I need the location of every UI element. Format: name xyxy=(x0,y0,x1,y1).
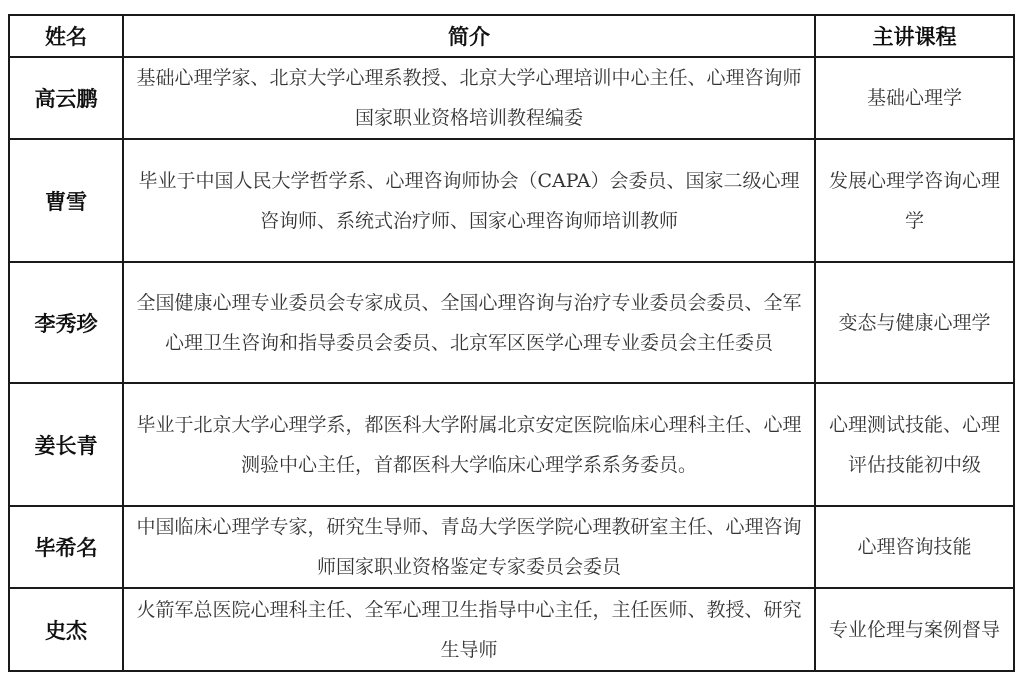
instructor-course: 变态与健康心理学 xyxy=(815,262,1014,383)
header-row: 姓名 简介 主讲课程 xyxy=(9,15,1014,57)
table-row: 史杰 火箭军总医院心理科主任、全军心理卫生指导中心主任，主任医师、教授、研究生导… xyxy=(9,588,1014,671)
table-row: 李秀珍 全国健康心理专业委员会专家成员、全国心理咨询与治疗专业委员会委员、全军心… xyxy=(9,262,1014,383)
instructor-bio: 毕业于北京大学心理学系，都医科大学附属北京安定医院临床心理科主任、心理测验中心主… xyxy=(123,383,815,506)
instructor-name: 李秀珍 xyxy=(9,262,123,383)
instructor-name: 姜长青 xyxy=(9,383,123,506)
instructor-course: 专业伦理与案例督导 xyxy=(815,588,1014,671)
instructor-course: 心理咨询技能 xyxy=(815,506,1014,588)
table-row: 高云鹏 基础心理学家、北京大学心理系教授、北京大学心理培训中心主任、心理咨询师国… xyxy=(9,57,1014,139)
instructor-bio: 全国健康心理专业委员会专家成员、全国心理咨询与治疗专业委员会委员、全军心理卫生咨… xyxy=(123,262,815,383)
header-bio: 简介 xyxy=(123,15,815,57)
table-row: 毕希名 中国临床心理学专家，研究生导师、青岛大学医学院心理教研室主任、心理咨询师… xyxy=(9,506,1014,588)
instructor-course: 基础心理学 xyxy=(815,57,1014,139)
instructor-course: 发展心理学咨询心理学 xyxy=(815,139,1014,262)
instructor-table: 姓名 简介 主讲课程 高云鹏 基础心理学家、北京大学心理系教授、北京大学心理培训… xyxy=(8,14,1015,672)
header-name: 姓名 xyxy=(9,15,123,57)
instructor-bio: 基础心理学家、北京大学心理系教授、北京大学心理培训中心主任、心理咨询师国家职业资… xyxy=(123,57,815,139)
instructor-course: 心理测试技能、心理评估技能初中级 xyxy=(815,383,1014,506)
instructor-name: 高云鹏 xyxy=(9,57,123,139)
instructor-name: 曹雪 xyxy=(9,139,123,262)
instructor-name: 毕希名 xyxy=(9,506,123,588)
instructor-bio: 火箭军总医院心理科主任、全军心理卫生指导中心主任，主任医师、教授、研究生导师 xyxy=(123,588,815,671)
table-row: 姜长青 毕业于北京大学心理学系，都医科大学附属北京安定医院临床心理科主任、心理测… xyxy=(9,383,1014,506)
header-course: 主讲课程 xyxy=(815,15,1014,57)
table-row: 曹雪 毕业于中国人民大学哲学系、心理咨询师协会（CAPA）会委员、国家二级心理咨… xyxy=(9,139,1014,262)
instructor-bio: 毕业于中国人民大学哲学系、心理咨询师协会（CAPA）会委员、国家二级心理咨询师、… xyxy=(123,139,815,262)
instructor-name: 史杰 xyxy=(9,588,123,671)
instructor-bio: 中国临床心理学专家，研究生导师、青岛大学医学院心理教研室主任、心理咨询师国家职业… xyxy=(123,506,815,588)
